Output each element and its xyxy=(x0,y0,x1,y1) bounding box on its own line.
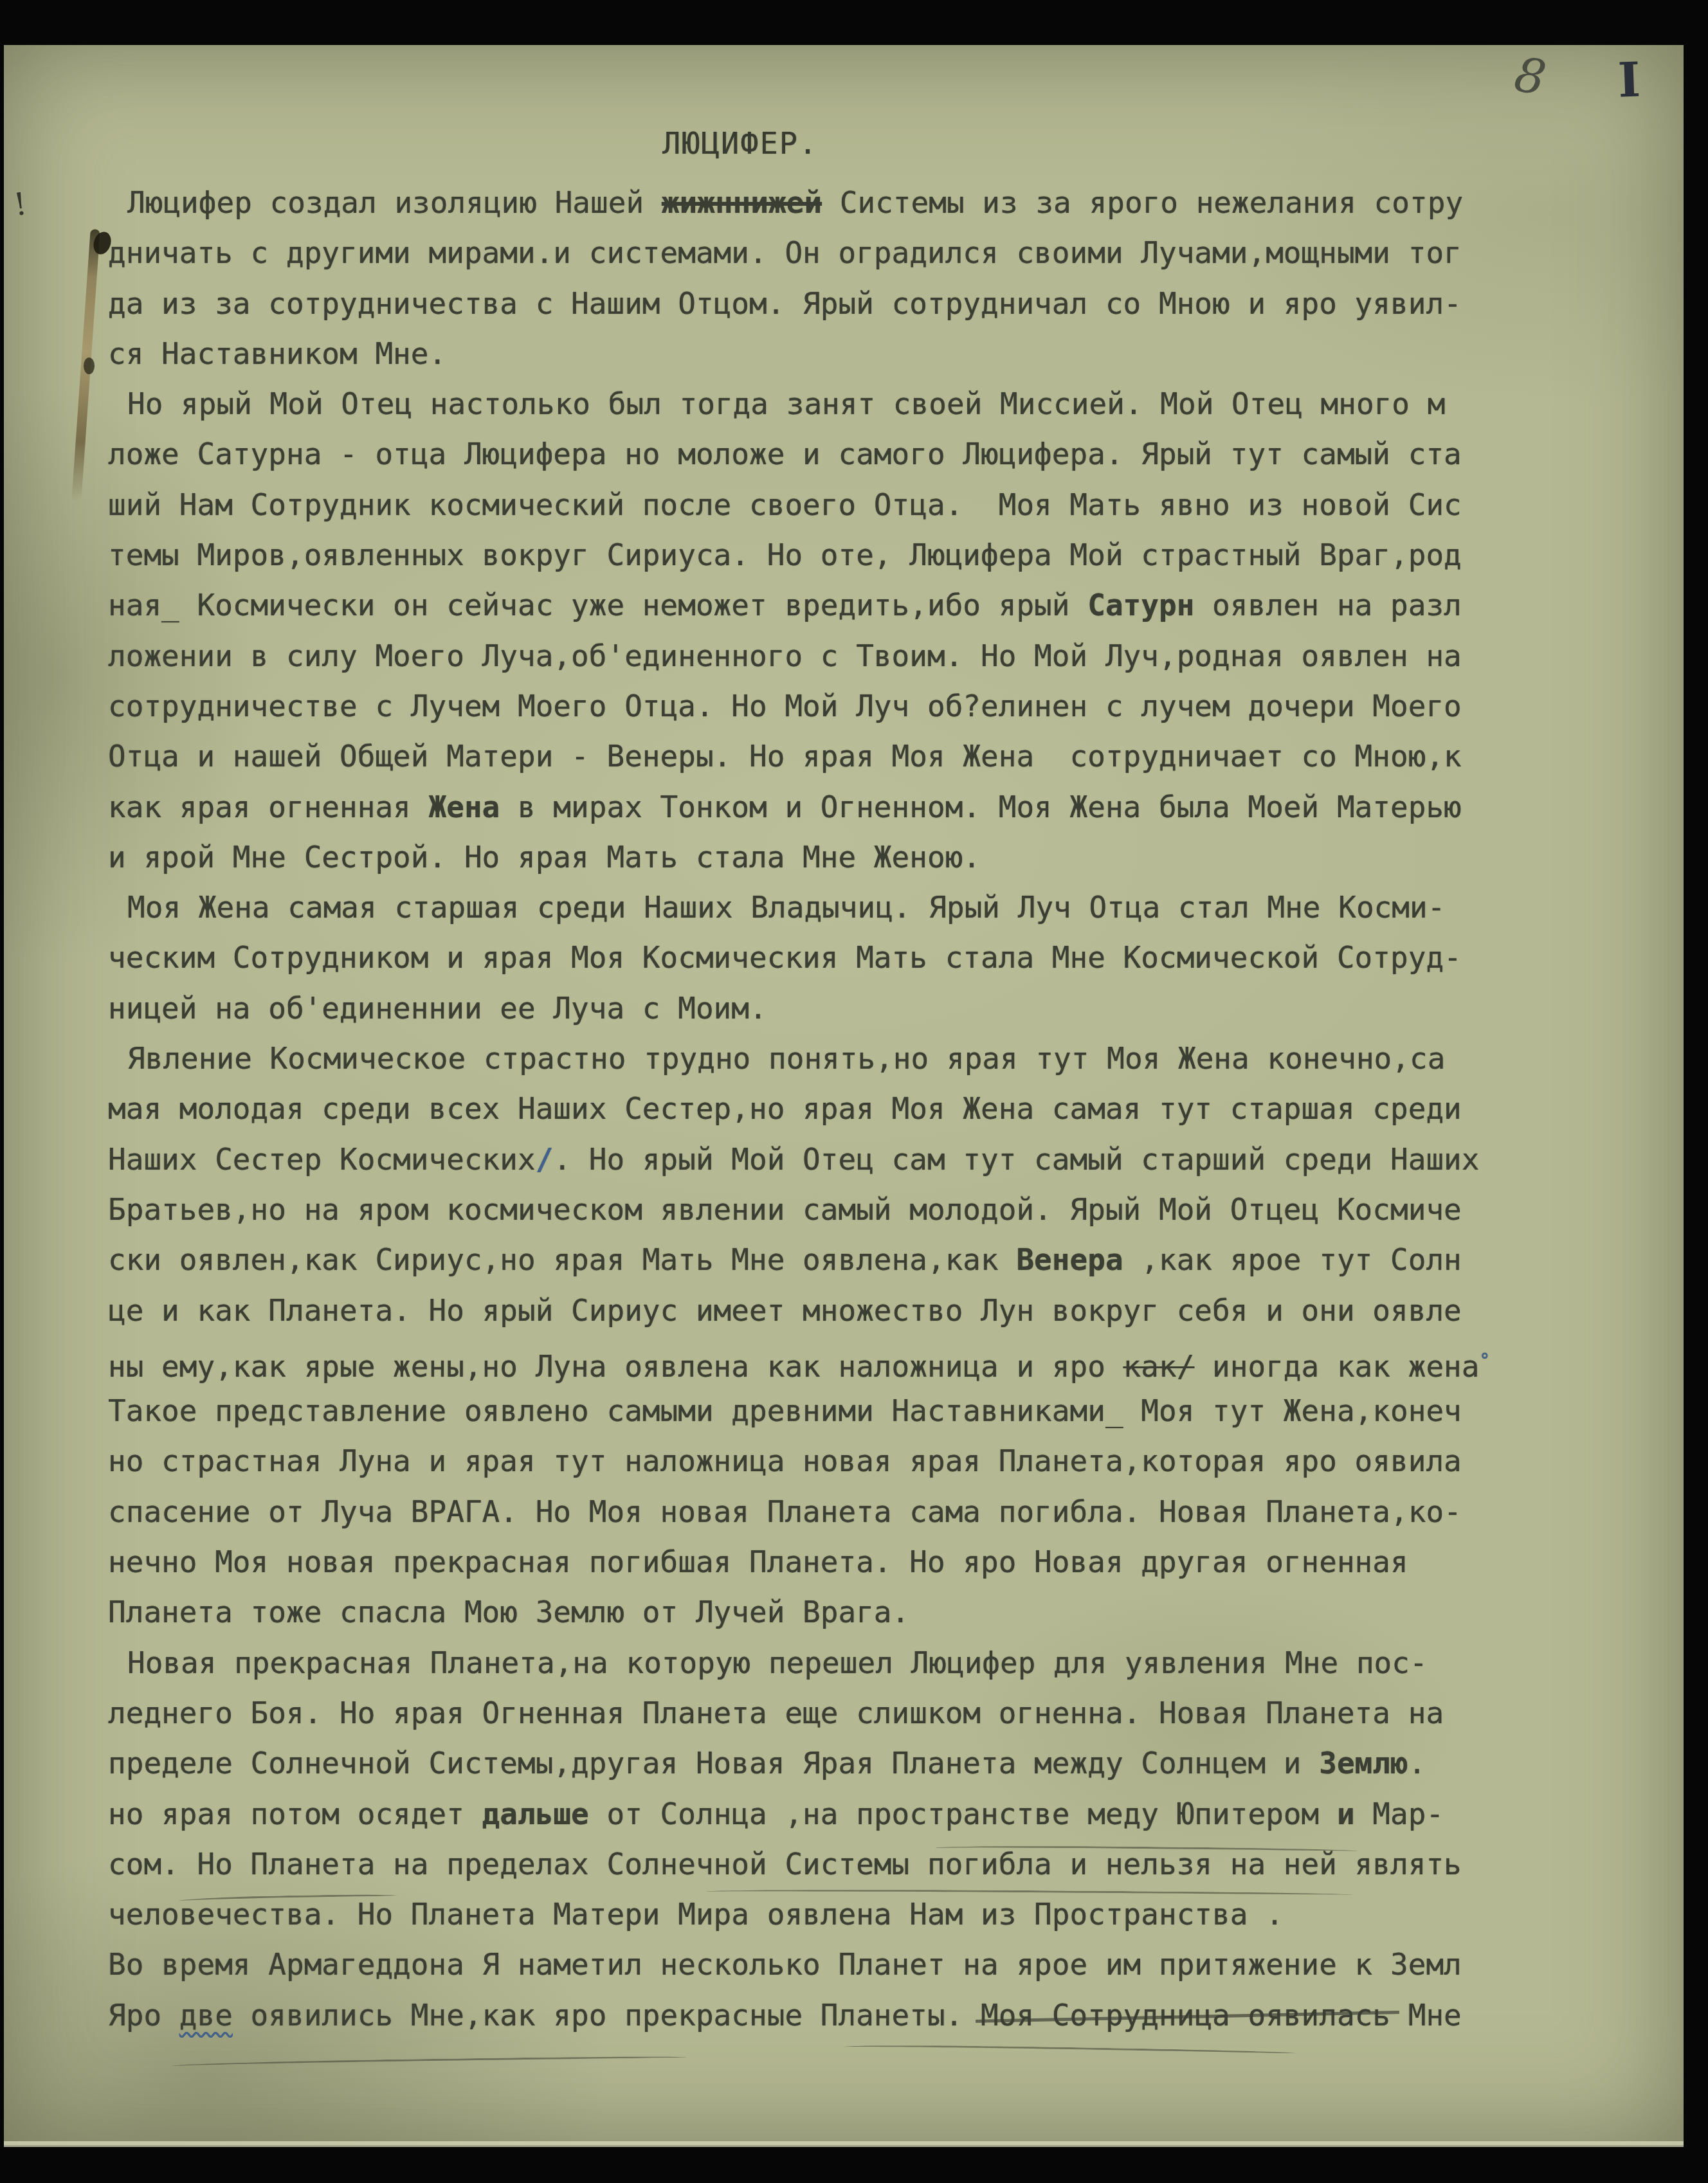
text-segment: Венера xyxy=(1016,1242,1123,1277)
text-line: Братьев,но на яром космическом явлении с… xyxy=(108,1184,1561,1235)
text-segment: Явление Космическое страстно трудно поня… xyxy=(127,1041,1445,1076)
text-line: мая молодая среди всех Наших Сестер,но я… xyxy=(108,1083,1561,1134)
text-segment: / xyxy=(536,1142,554,1177)
text-line: ски оявлен,как Сириус,но ярая Мать Мне о… xyxy=(108,1235,1561,1285)
text-segment: оявились Мне,как яро прекрасные Планеты. xyxy=(233,1998,981,2033)
text-segment: жижннижей xyxy=(662,185,822,220)
text-line: ницей на об'единеннии ее Луча с Моим. xyxy=(108,983,1561,1033)
text-line: пределе Солнечной Системы,другая Новая Я… xyxy=(108,1738,1561,1788)
text-line: ны ему,как ярые жены,но Луна оявлена как… xyxy=(108,1336,1561,1386)
text-segment: . xyxy=(1408,1746,1426,1780)
text-segment: от Солнца ,на пространстве меду Юпитером xyxy=(589,1797,1337,1831)
text-segment: Такое представление оявлено самыми древн… xyxy=(108,1393,1462,1428)
text-segment: оявлен на разл xyxy=(1194,588,1461,622)
text-segment: Новая прекрасная Планета,на которую пере… xyxy=(127,1645,1428,1680)
text-segment: две xyxy=(179,1998,233,2033)
text-segment: це и как Планета. Но ярый Сириус имеет м… xyxy=(108,1293,1462,1328)
text-segment: и ярой Мне Сестрой. Но ярая Мать стала М… xyxy=(108,840,981,874)
paper-tear-spot xyxy=(84,358,95,374)
text-line: Планета тоже спасла Мою Землю от Лучей В… xyxy=(108,1587,1561,1637)
page-title: ЛЮЦИФЕР. xyxy=(662,126,818,161)
text-line: и ярой Мне Сестрой. Но ярая Мать стала М… xyxy=(108,832,1561,882)
text-segment: Мне xyxy=(1390,1998,1462,2033)
text-segment: Яро xyxy=(108,1998,179,2033)
text-segment: Землю xyxy=(1319,1746,1408,1780)
text-segment: Мар- xyxy=(1355,1797,1444,1831)
text-segment: в мирах Тонком и Огненном. Моя Жена была… xyxy=(500,790,1462,824)
text-segment: спасение от Луча ВРАГА. Но Моя новая Пла… xyxy=(108,1494,1462,1529)
text-line: це и как Планета. Но ярый Сириус имеет м… xyxy=(108,1285,1561,1336)
text-segment: Но ярый Мой Отец настолько был тогда зан… xyxy=(127,386,1445,421)
text-segment: ницей на об'единеннии ее Луча с Моим. xyxy=(108,991,767,1026)
text-line: да из за сотрудничества с Нашим Отцом. Я… xyxy=(108,278,1561,329)
text-line: Во время Армагеддона Я наметил несколько… xyxy=(108,1939,1561,1989)
text-segment: Моя Жена самая старшая среди Наших Влады… xyxy=(127,890,1445,925)
text-segment: Люцифер создал изоляцию Нашей xyxy=(127,185,662,220)
text-segment: ны ему,как ярые жены,но Луна оявлена как… xyxy=(108,1349,1123,1384)
text-segment: но страстная Луна и ярая тут наложница н… xyxy=(108,1444,1462,1478)
text-segment: Отца и нашей Общей Матери - Венеры. Но я… xyxy=(108,739,1462,774)
text-segment: ложе Сатурна - отца Люцифера но моложе и… xyxy=(108,437,1462,471)
text-segment: как/ xyxy=(1123,1349,1195,1384)
text-segment: и xyxy=(1337,1797,1355,1831)
text-segment: пределе Солнечной Системы,другая Новая Я… xyxy=(108,1746,1319,1780)
text-segment: Жена xyxy=(429,790,500,824)
text-segment: ся Наставником Мне. xyxy=(108,336,446,371)
text-segment: ший Нам Сотрудник космический после свое… xyxy=(108,487,1462,522)
text-line: сотрудничестве с Лучем Моего Отца. Но Мо… xyxy=(108,681,1561,731)
text-segment: да из за сотрудничества с Нашим Отцом. Я… xyxy=(108,286,1462,321)
text-segment: дальше xyxy=(482,1797,589,1831)
handwritten-roman-numeral: I xyxy=(1617,52,1642,108)
text-segment: Наших Сестер Космических xyxy=(108,1142,536,1177)
text-line: Наших Сестер Космических/. Но ярый Мой О… xyxy=(108,1134,1561,1184)
text-line: Яро две оявились Мне,как яро прекрасные … xyxy=(108,1990,1561,2040)
text-segment: мая молодая среди всех Наших Сестер,но я… xyxy=(108,1091,1462,1126)
text-line: Такое представление оявлено самыми древн… xyxy=(108,1386,1561,1436)
text-segment: Системы из за ярого нежелания сотру xyxy=(822,185,1463,220)
text-segment: ческим Сотрудником и ярая Моя Космически… xyxy=(108,940,1462,975)
text-line: Но ярый Мой Отец настолько был тогда зан… xyxy=(108,379,1561,429)
text-line: Явление Космическое страстно трудно поня… xyxy=(108,1033,1561,1083)
text-line: как ярая огненная Жена в мирах Тонком и … xyxy=(108,782,1561,832)
text-segment: иногда как жена xyxy=(1194,1349,1479,1384)
text-segment: нечно Моя новая прекрасная погибшая План… xyxy=(108,1544,1408,1579)
text-segment: ски оявлен,как Сириус,но ярая Мать Мне о… xyxy=(108,1242,1016,1277)
text-segment: Сатурн xyxy=(1087,588,1194,622)
text-line: Новая прекрасная Планета,на которую пере… xyxy=(108,1638,1561,1688)
text-segment: дничать с другими мирами.и системами. Он… xyxy=(108,235,1462,270)
text-line: дничать с другими мирами.и системами. Он… xyxy=(108,228,1561,278)
text-segment: ложении в силу Моего Луча,об'единенного … xyxy=(108,639,1462,673)
text-segment: ная_ Космически он сейчас уже неможет вр… xyxy=(108,588,1087,622)
text-line: ная_ Космически он сейчас уже неможет вр… xyxy=(108,580,1561,630)
text-line: Моя Жена самая старшая среди Наших Влады… xyxy=(108,882,1561,932)
text-line: ложе Сатурна - отца Люцифера но моложе и… xyxy=(108,429,1561,479)
text-line: ложении в силу Моего Луча,об'единенного … xyxy=(108,631,1561,681)
text-line: Люцифер создал изоляцию Нашей жижннижей … xyxy=(108,177,1561,228)
typewritten-text: Люцифер создал изоляцию Нашей жижннижей … xyxy=(108,177,1561,2040)
text-segment: но ярая потом осядет xyxy=(108,1797,482,1831)
text-line: ся Наставником Мне. xyxy=(108,329,1561,379)
text-segment: Братьев,но на яром космическом явлении с… xyxy=(108,1192,1462,1227)
text-segment: сотрудничестве с Лучем Моего Отца. Но Мо… xyxy=(108,689,1462,723)
text-line: ческим Сотрудником и ярая Моя Космически… xyxy=(108,932,1561,983)
text-line: сом. Но Планета на пределах Солнечной Си… xyxy=(108,1839,1561,1889)
text-segment: ,как ярое тут Солн xyxy=(1123,1242,1462,1277)
text-segment: темы Миров,оявленных вокруг Сириуса. Но … xyxy=(108,538,1462,572)
text-line: Отца и нашей Общей Матери - Венеры. Но я… xyxy=(108,731,1561,781)
text-segment: . Но ярый Мой Отец сам тут самый старший… xyxy=(553,1142,1479,1177)
text-line: ший Нам Сотрудник космический после свое… xyxy=(108,480,1561,530)
text-line: но страстная Луна и ярая тут наложница н… xyxy=(108,1436,1561,1486)
text-line: спасение от Луча ВРАГА. Но Моя новая Пла… xyxy=(108,1487,1561,1537)
text-segment: леднего Боя. Но ярая Огненная Планета ещ… xyxy=(108,1696,1444,1730)
text-line: темы Миров,оявленных вокруг Сириуса. Но … xyxy=(108,530,1561,580)
text-segment: Моя Сотрудница оявилась xyxy=(981,1998,1390,2033)
text-segment: ° xyxy=(1479,1350,1490,1371)
text-segment: Во время Армагеддона Я наметил несколько… xyxy=(108,1947,1462,1982)
text-line: леднего Боя. Но ярая Огненная Планета ещ… xyxy=(108,1688,1561,1738)
text-segment: Планета тоже спасла Мою Землю от Лучей В… xyxy=(108,1595,909,1629)
scanned-typescript-page: { "page": { "title": "ЛЮЦИФЕР.", "handwr… xyxy=(0,0,1708,2183)
text-segment: как ярая огненная xyxy=(108,790,429,824)
text-line: нечно Моя новая прекрасная погибшая План… xyxy=(108,1537,1561,1587)
text-line: но ярая потом осядет дальше от Солнца ,н… xyxy=(108,1789,1561,1839)
